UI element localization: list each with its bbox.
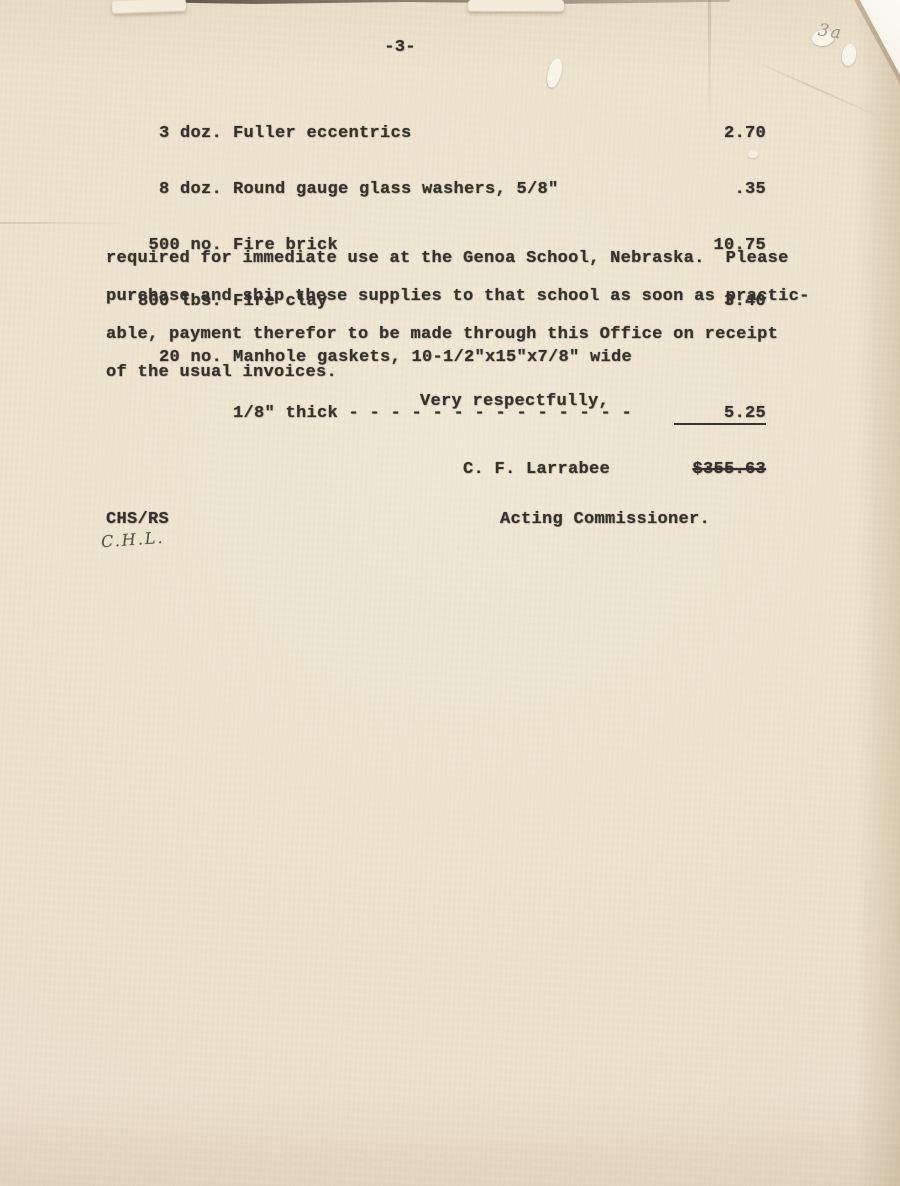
item-description: Round gauge glass washers, 5/8" — [233, 180, 674, 199]
torn-paper-fragment — [468, 0, 564, 12]
pencil-annotation: 3a — [817, 20, 845, 44]
signature-title: Acting Commissioner. — [500, 510, 710, 529]
list-item: 8 doz. Round gauge glass washers, 5/8" .… — [126, 180, 766, 198]
item-description: Fuller eccentrics — [233, 124, 674, 143]
paper-damage-spot — [840, 43, 858, 67]
paper-sheet: 3a -3- 3 doz. Fuller eccentrics 2.70 8 d… — [0, 0, 900, 1186]
letter-paragraph: required for immediate use at the Genoa … — [106, 240, 816, 392]
item-price: .35 — [674, 180, 766, 199]
typist-initials: CHS/RS — [106, 510, 169, 529]
paper-crease — [0, 222, 130, 224]
signature-name: C. F. Larrabee — [463, 460, 610, 479]
list-item: 3 doz. Fuller eccentrics 2.70 — [126, 124, 766, 142]
item-price: 5.25 — [674, 404, 766, 425]
item-quantity: 8 doz. — [126, 180, 222, 199]
scanned-letter-page: { "page": { "page_number": "-3-", "penci… — [0, 0, 900, 1186]
item-price: 2.70 — [674, 124, 766, 143]
list-total-row: $355.63 — [126, 460, 766, 480]
scanner-edge-shadow — [150, 0, 730, 4]
torn-paper-fragment — [112, 0, 186, 14]
valediction: Very respectfully, — [420, 392, 609, 411]
item-quantity: 3 doz. — [126, 124, 222, 143]
page-number: -3- — [0, 38, 800, 57]
total-amount: $355.63 — [662, 460, 766, 480]
paper-crease — [748, 58, 886, 121]
handwritten-initials: C.H.L. — [100, 528, 165, 551]
paper-damage-spot — [545, 57, 565, 89]
